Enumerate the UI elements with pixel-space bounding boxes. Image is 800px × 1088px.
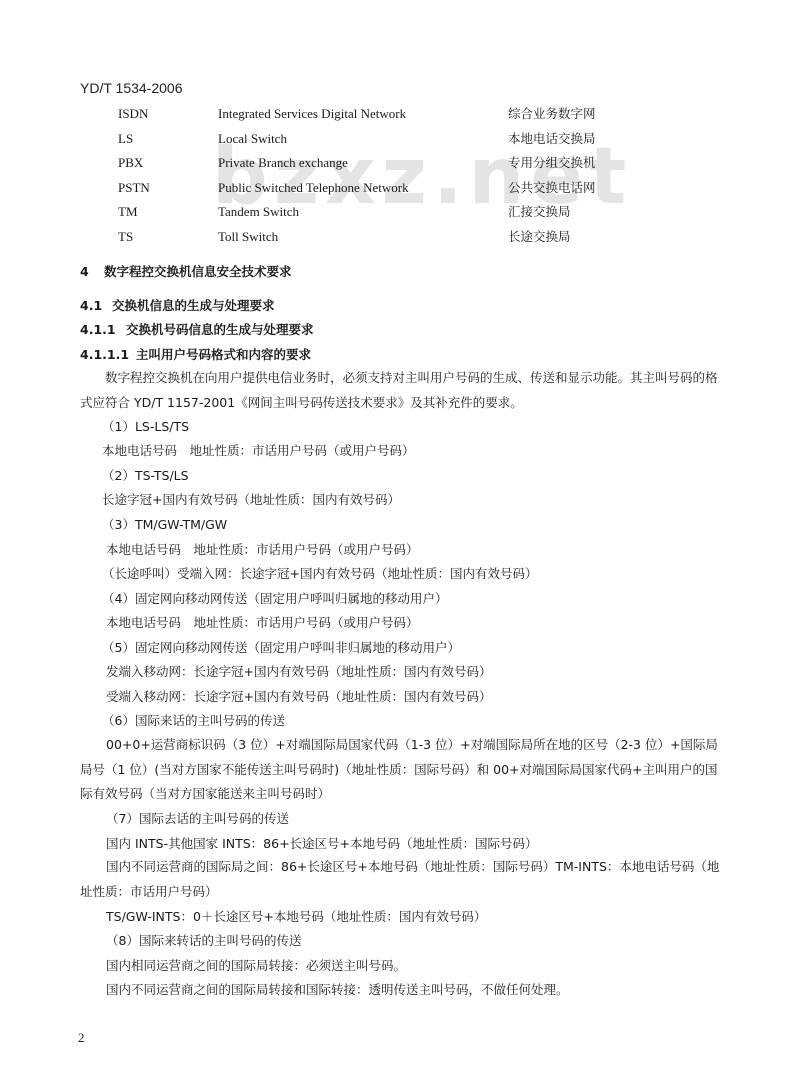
abbr: PSTN — [118, 178, 218, 198]
abbr: TS — [118, 227, 218, 247]
item-6-title: （6）国际来话的主叫号码的传送 — [102, 711, 285, 731]
heading-4: 4数字程控交换机信息安全技术要求 — [80, 262, 292, 280]
item-8-line: 国内相同运营商之间的国际局转接：必须送主叫号码。 — [106, 956, 406, 976]
abbr: TM — [118, 202, 218, 222]
abbr-chinese: 长途交换局 — [508, 227, 628, 247]
abbr: PBX — [118, 153, 218, 173]
item-8-title: （8）国际来转话的主叫号码的传送 — [106, 931, 301, 951]
item-7-title: （7）国际去话的主叫号码的传送 — [106, 809, 289, 829]
item-4-line: 本地电话号码 地址性质：市话用户号码（或用户号码） — [106, 613, 419, 633]
item-1-line: 本地电话号码 地址性质：市话用户号码（或用户号码） — [102, 441, 415, 461]
abbr-chinese: 本地电话交换局 — [508, 129, 628, 149]
item-1-title: （1）LS-LS/TS — [102, 417, 189, 437]
document-page: bzxz.net YD/T 1534-2006 ISDN Integrated … — [0, 0, 800, 1088]
abbr-english: Toll Switch — [218, 227, 518, 247]
heading-number: 4.1.1.1 — [80, 347, 136, 362]
item-7-line: 国内 INTS-其他国家 INTS：86+长途区号+本地号码（地址性质：国际号码… — [106, 834, 538, 854]
page-number: 2 — [78, 1030, 85, 1046]
abbr-english: Integrated Services Digital Network — [218, 104, 518, 124]
heading-4-1: 4.1交换机信息的生成与处理要求 — [80, 296, 275, 314]
abbr: LS — [118, 129, 218, 149]
heading-title: 数字程控交换机信息安全技术要求 — [104, 264, 292, 279]
item-6-paragraph: 00+0+运营商标识码（3 位）+对端国际局国家代码（1-3 位）+对端国际局所… — [80, 733, 720, 807]
item-5-line: 发端入移动网：长途字冠+国内有效号码（地址性质：国内有效号码） — [106, 662, 491, 682]
intro-paragraph: 数字程控交换机在向用户提供电信业务时，必须支持对主叫用户号码的生成、传送和显示功… — [80, 366, 720, 415]
item-4-title: （4）固定网向移动网传送（固定用户呼叫归属地的移动用户） — [102, 589, 447, 609]
abbr: ISDN — [118, 104, 218, 124]
abbr-english: Private Branch exchange — [218, 153, 518, 173]
item-7-line: TS/GW-INTS：0＋长途区号+本地号码（地址性质：国内有效号码） — [106, 907, 486, 927]
abbr-chinese: 汇接交换局 — [508, 202, 628, 222]
item-3-title: （3）TM/GW-TM/GW — [102, 515, 227, 535]
item-2-title: （2）TS-TS/LS — [102, 466, 189, 486]
heading-number: 4 — [80, 264, 104, 279]
item-2-line: 长途字冠+国内有效号码（地址性质：国内有效号码） — [102, 490, 400, 510]
item-3-line: 本地电话号码 地址性质：市话用户号码（或用户号码） — [106, 540, 419, 560]
heading-number: 4.1.1 — [80, 322, 126, 337]
abbr-english: Public Switched Telephone Network — [218, 178, 518, 198]
heading-4-1-1: 4.1.1交换机号码信息的生成与处理要求 — [80, 320, 314, 338]
abbr-chinese: 综合业务数字网 — [508, 104, 628, 124]
abbr-chinese: 公共交换电话网 — [508, 178, 628, 198]
heading-title: 交换机号码信息的生成与处理要求 — [126, 322, 314, 337]
standard-code-header: YD/T 1534-2006 — [80, 80, 182, 96]
heading-title: 交换机信息的生成与处理要求 — [112, 298, 275, 313]
abbr-english: Tandem Switch — [218, 202, 518, 222]
item-5-title: （5）固定网向移动网传送（固定用户呼叫非归属地的移动用户） — [102, 638, 460, 658]
heading-number: 4.1 — [80, 298, 112, 313]
heading-4-1-1-1: 4.1.1.1主叫用户号码格式和内容的要求 — [80, 345, 311, 363]
item-5-line: 受端入移动网：长途字冠+国内有效号码（地址性质：国内有效号码） — [106, 687, 491, 707]
item-3-line: （长途呼叫）受端入网：长途字冠+国内有效号码（地址性质：国内有效号码） — [102, 564, 537, 584]
heading-title: 主叫用户号码格式和内容的要求 — [136, 347, 311, 362]
abbr-english: Local Switch — [218, 129, 518, 149]
abbr-chinese: 专用分组交换机 — [508, 153, 628, 173]
item-7-paragraph: 国内不同运营商的国际局之间：86+长途区号+本地号码（地址性质：国际号码）TM-… — [80, 855, 720, 904]
item-8-line: 国内不同运营商之间的国际局转接和国际转接：透明传送主叫号码，不做任何处理。 — [106, 980, 569, 1000]
